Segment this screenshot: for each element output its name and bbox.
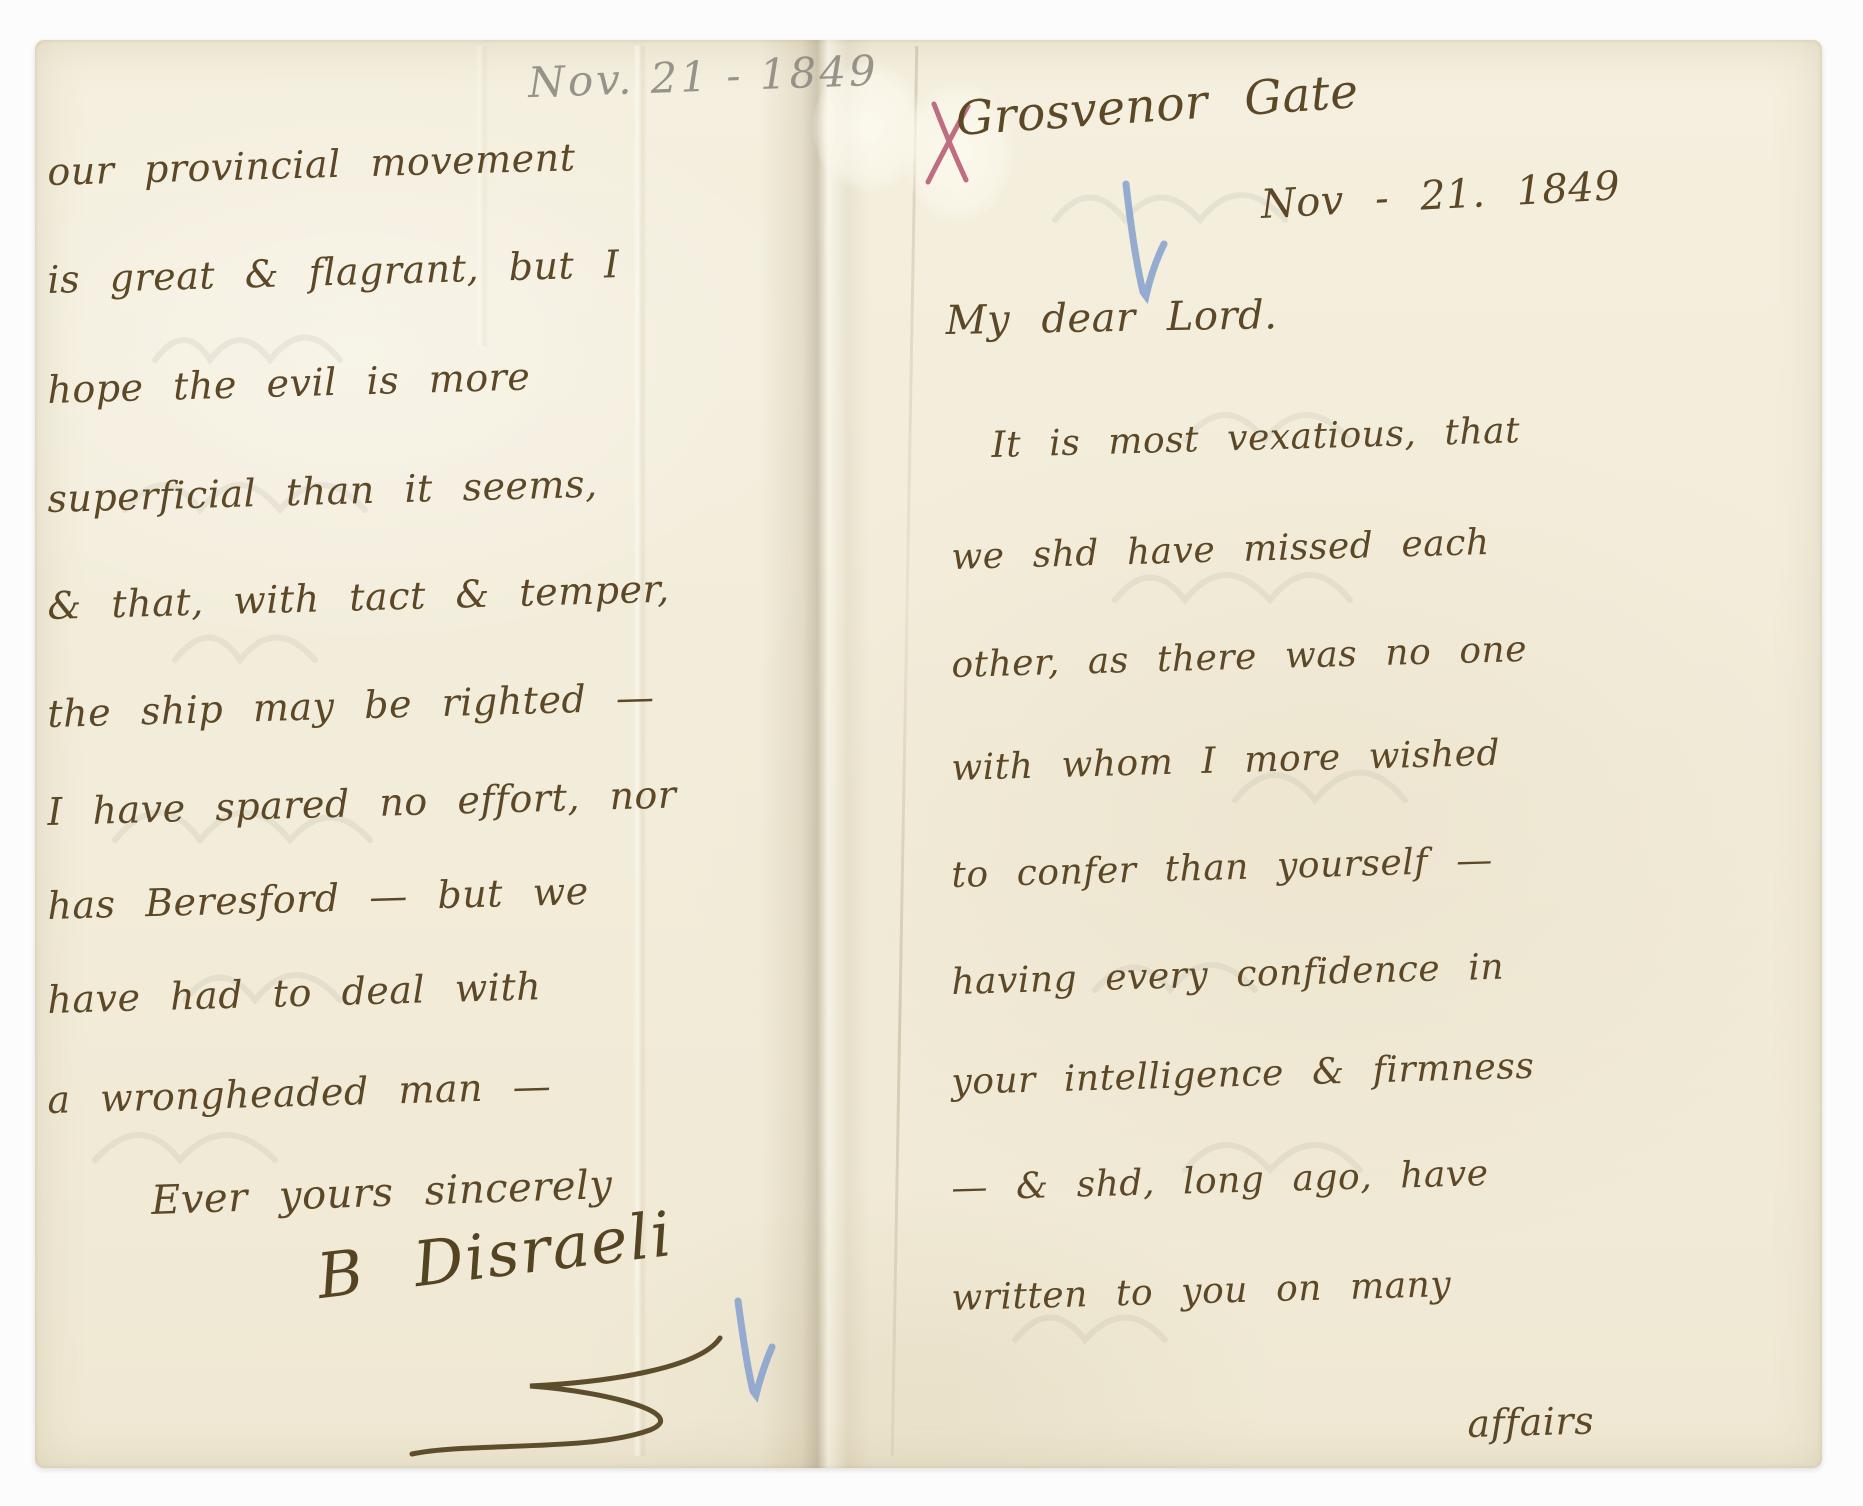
top-left-crease xyxy=(475,46,489,346)
catchword: affairs xyxy=(1467,1398,1595,1446)
center-fold xyxy=(760,40,870,1468)
signature-flourish xyxy=(400,1330,740,1460)
right-page-crease xyxy=(891,46,919,1456)
salutation: My dear Lord. xyxy=(945,292,1278,344)
blue-check-mark xyxy=(1118,178,1170,306)
photo-background: Nov. 21 - 1849 our provincial movement i… xyxy=(0,0,1863,1506)
